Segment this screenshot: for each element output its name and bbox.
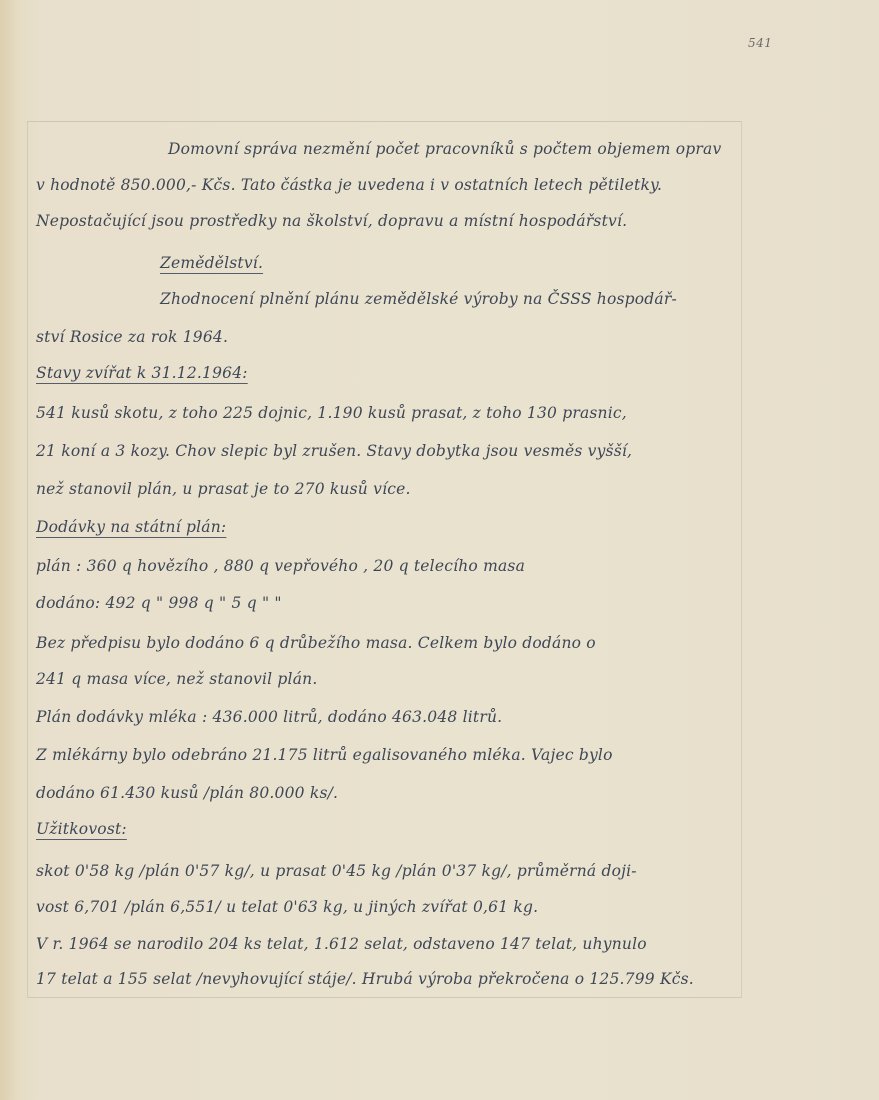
section-heading: Stavy zvířat k 31.12.1964: — [36, 364, 248, 382]
text-line: v hodnotě 850.000,- Kčs. Tato částka je … — [36, 176, 662, 194]
text-line: plán : 360 q hovězího , 880 q vepřového … — [36, 557, 525, 575]
text-line: Domovní správa nezmění počet pracovníků … — [168, 140, 721, 158]
text-line: dodáno: 492 q " 998 q " 5 q " " — [36, 594, 282, 612]
text-line: Nepostačující jsou prostředky na školstv… — [36, 212, 627, 230]
text-line: dodáno 61.430 kusů /plán 80.000 ks/. — [36, 784, 338, 802]
page-number: 541 — [748, 36, 772, 50]
text-line: 17 telat a 155 selat /nevyhovující stáje… — [36, 970, 694, 988]
section-heading: Užitkovost: — [36, 820, 127, 838]
text-line: Bez předpisu bylo dodáno 6 q drůbežího m… — [36, 634, 596, 652]
text-line: vost 6,701 /plán 6,551/ u telat 0'63 kg,… — [36, 898, 538, 916]
text-line: Z mlékárny bylo odebráno 21.175 litrů eg… — [36, 746, 613, 764]
document-page: 541 Domovní správa nezmění počet pracovn… — [0, 0, 879, 1100]
section-heading: Zemědělství. — [160, 254, 263, 272]
text-line: Plán dodávky mléka : 436.000 litrů, dodá… — [36, 708, 502, 726]
text-line: 21 koní a 3 kozy. Chov slepic byl zrušen… — [36, 442, 632, 460]
text-line: ství Rosice za rok 1964. — [36, 328, 228, 346]
text-line: než stanovil plán, u prasat je to 270 ku… — [36, 480, 411, 498]
text-line: V r. 1964 se narodilo 204 ks telat, 1.61… — [36, 935, 647, 953]
section-heading: Dodávky na státní plán: — [36, 518, 226, 536]
text-line: skot 0'58 kg /plán 0'57 kg/, u prasat 0'… — [36, 862, 637, 880]
text-line: 541 kusů skotu, z toho 225 dojnic, 1.190… — [36, 404, 627, 422]
text-line: Zhodnocení plnění plánu zemědělské výrob… — [160, 290, 677, 308]
text-line: 241 q masa více, než stanovil plán. — [36, 670, 317, 688]
